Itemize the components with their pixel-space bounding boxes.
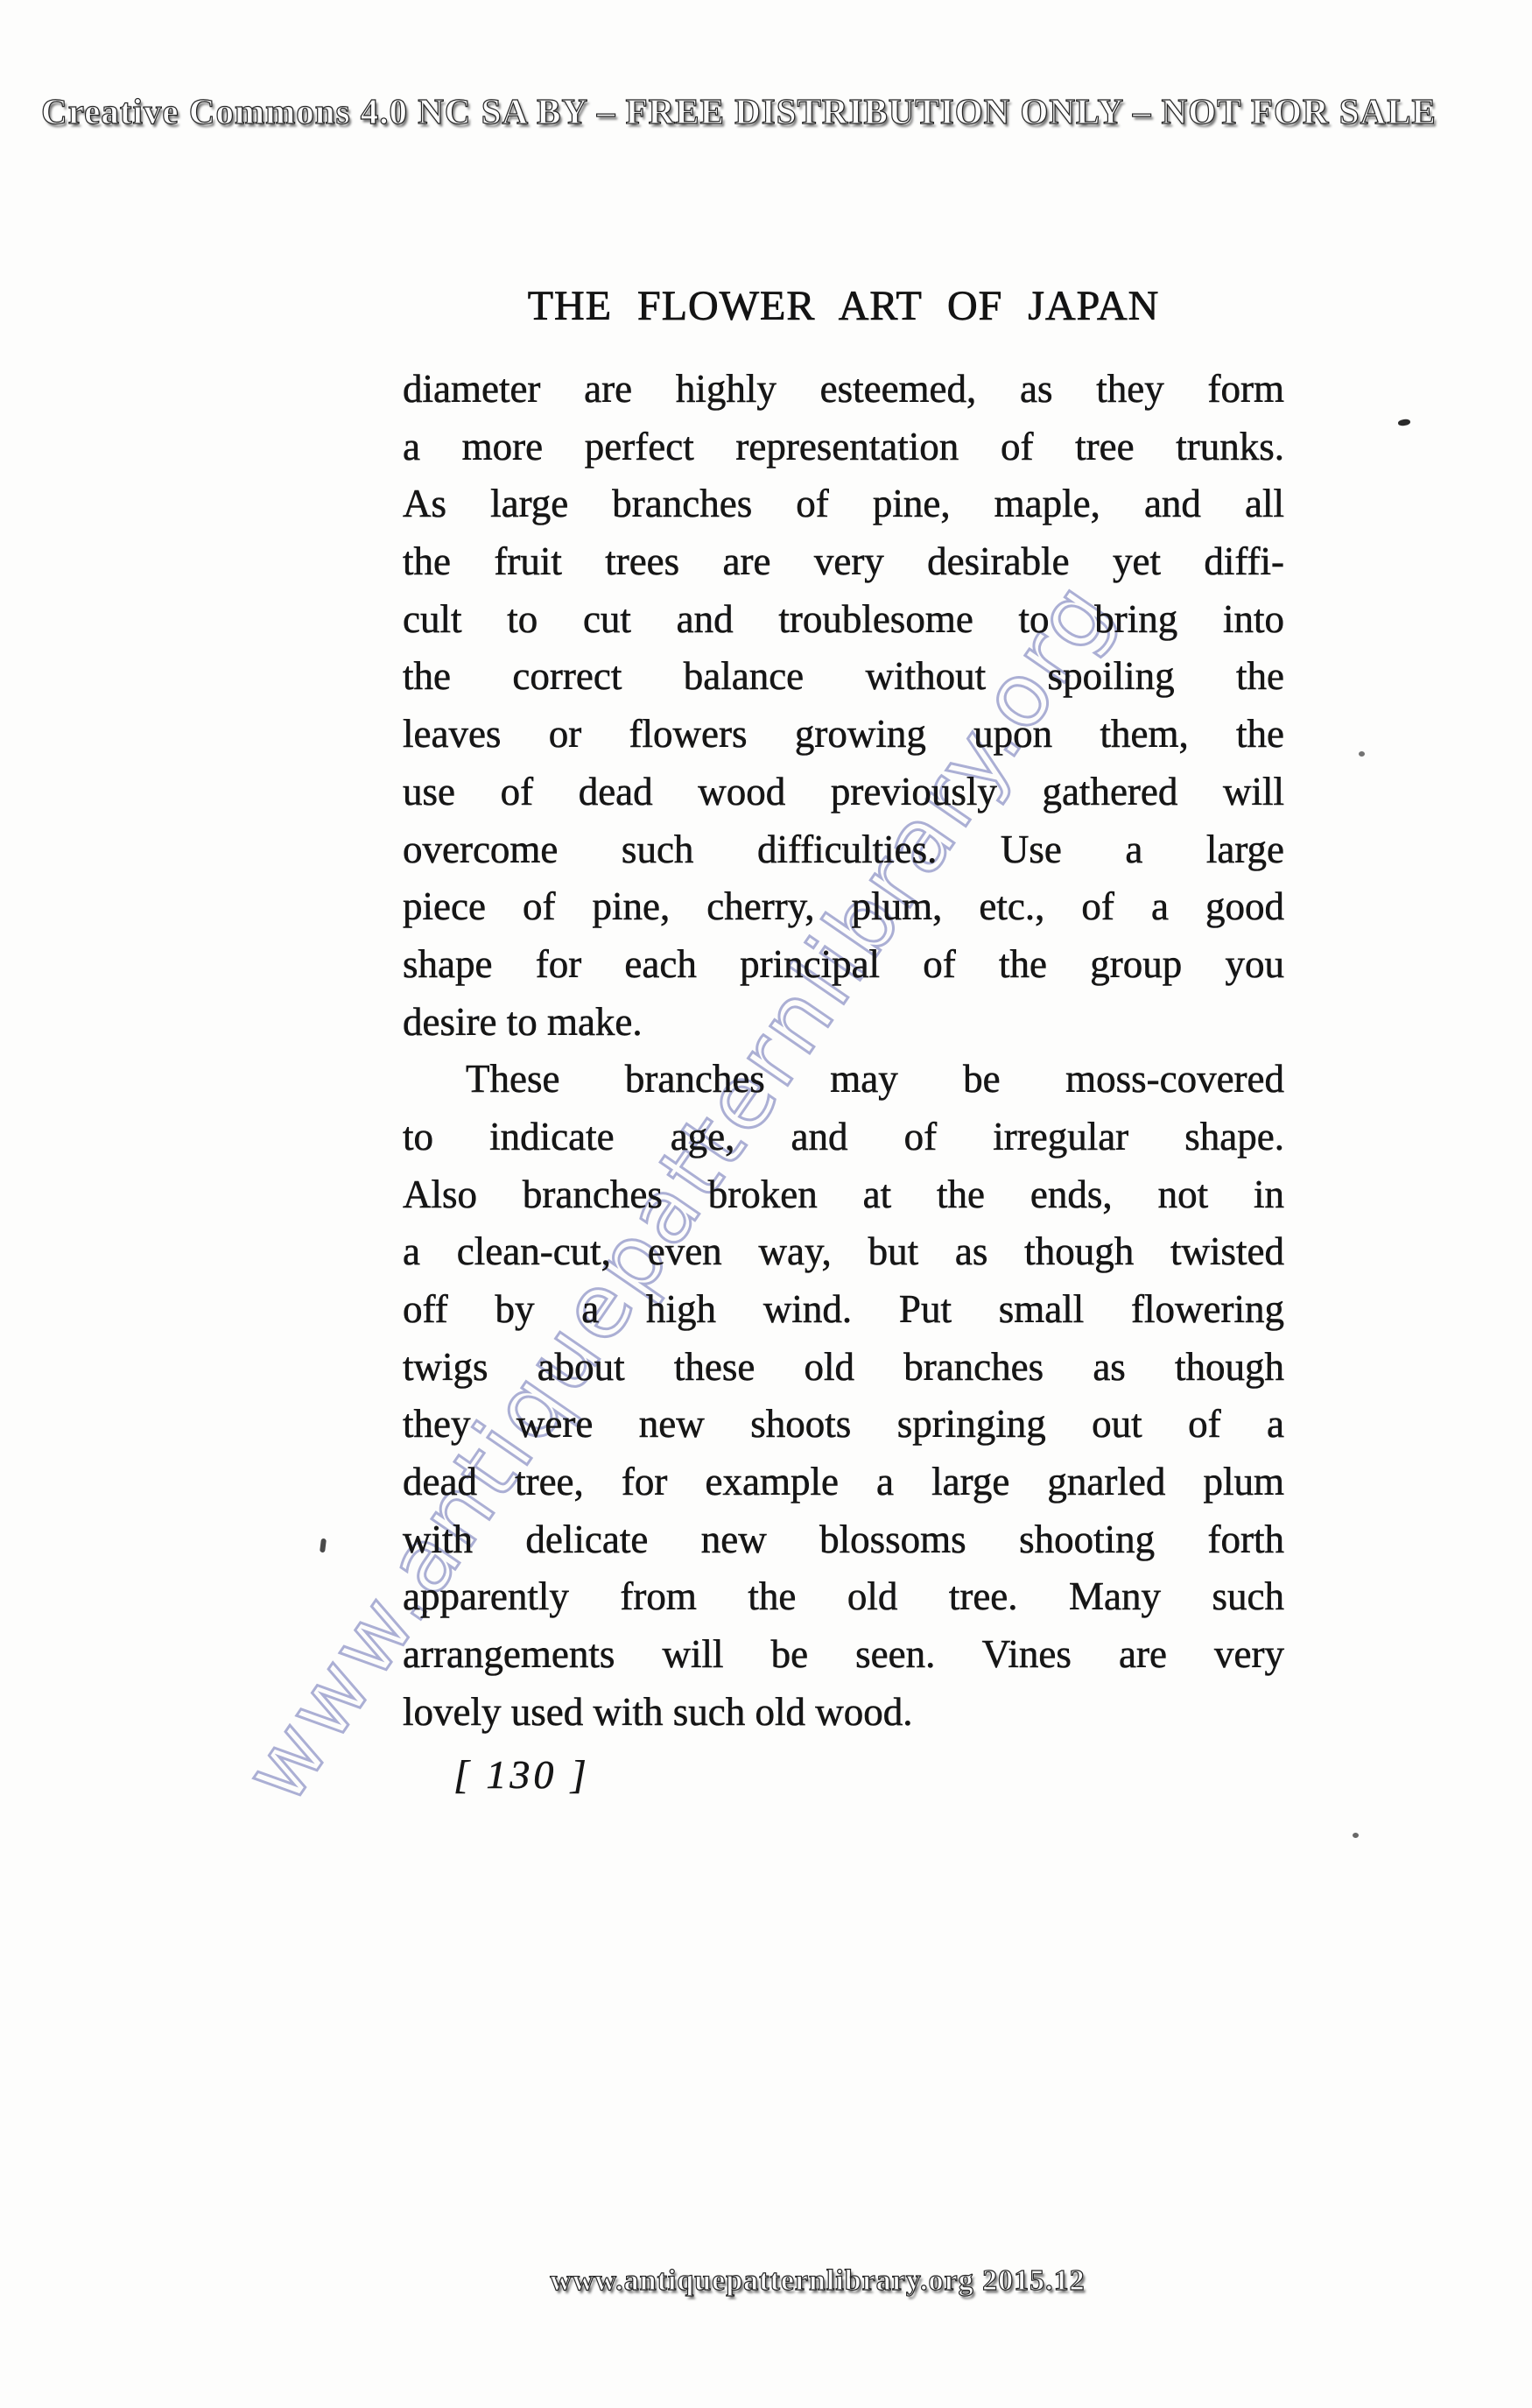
text-line: These branches may be moss-covered: [403, 1051, 1284, 1109]
text-line: a more perfect representation of tree tr…: [403, 419, 1284, 476]
body-text: diameter are highly esteemed, as they fo…: [403, 361, 1284, 1742]
text-line: the correct balance without spoiling the: [403, 648, 1284, 706]
text-line: the fruit trees are very desirable yet d…: [403, 533, 1284, 591]
text-line: they were new shoots springing out of a: [403, 1396, 1284, 1454]
text-line: diameter are highly esteemed, as they fo…: [403, 361, 1284, 419]
book-page: Creative Commons 4.0 NC SA BY – FREE DIS…: [0, 0, 1532, 2408]
text-line: Also branches broken at the ends, not in: [403, 1166, 1284, 1224]
text-line: dead tree, for example a large gnarled p…: [403, 1454, 1284, 1511]
scan-speck: [1359, 751, 1365, 757]
text-line: arrangements will be seen. Vines are ver…: [403, 1626, 1284, 1684]
text-line: cult to cut and troublesome to bring int…: [403, 591, 1284, 649]
text-line: shape for each principal of the group yo…: [403, 936, 1284, 994]
site-footer: www.antiquepatternlibrary.org 2015.12: [550, 2264, 1085, 2298]
text-line: overcome such difficulties. Use a large: [403, 821, 1284, 879]
text-line: apparently from the old tree. Many such: [403, 1568, 1284, 1626]
text-line: with delicate new blossoms shooting fort…: [403, 1511, 1284, 1569]
text-line: piece of pine, cherry, plum, etc., of a …: [403, 878, 1284, 936]
page-title: THE FLOWER ART OF JAPAN: [403, 282, 1284, 330]
text-line: twigs about these old branches as though: [403, 1339, 1284, 1397]
page-number: [ 130 ]: [453, 1751, 590, 1798]
text-line: leaves or flowers growing upon them, the: [403, 706, 1284, 764]
text-line: lovely used with such old wood.: [403, 1684, 1284, 1742]
text-line: desire to make.: [403, 994, 1284, 1052]
scan-speck: [1353, 1833, 1359, 1838]
text-line: As large branches of pine, maple, and al…: [403, 475, 1284, 533]
text-line: to indicate age, and of irregular shape.: [403, 1109, 1284, 1166]
text-line: a clean-cut, even way, but as though twi…: [403, 1223, 1284, 1281]
text-line: use of dead wood previously gathered wil…: [403, 764, 1284, 821]
scan-speck: [1398, 419, 1411, 426]
scan-speck: [320, 1538, 327, 1553]
license-header: Creative Commons 4.0 NC SA BY – FREE DIS…: [41, 90, 1437, 132]
text-line: off by a high wind. Put small flowering: [403, 1281, 1284, 1339]
